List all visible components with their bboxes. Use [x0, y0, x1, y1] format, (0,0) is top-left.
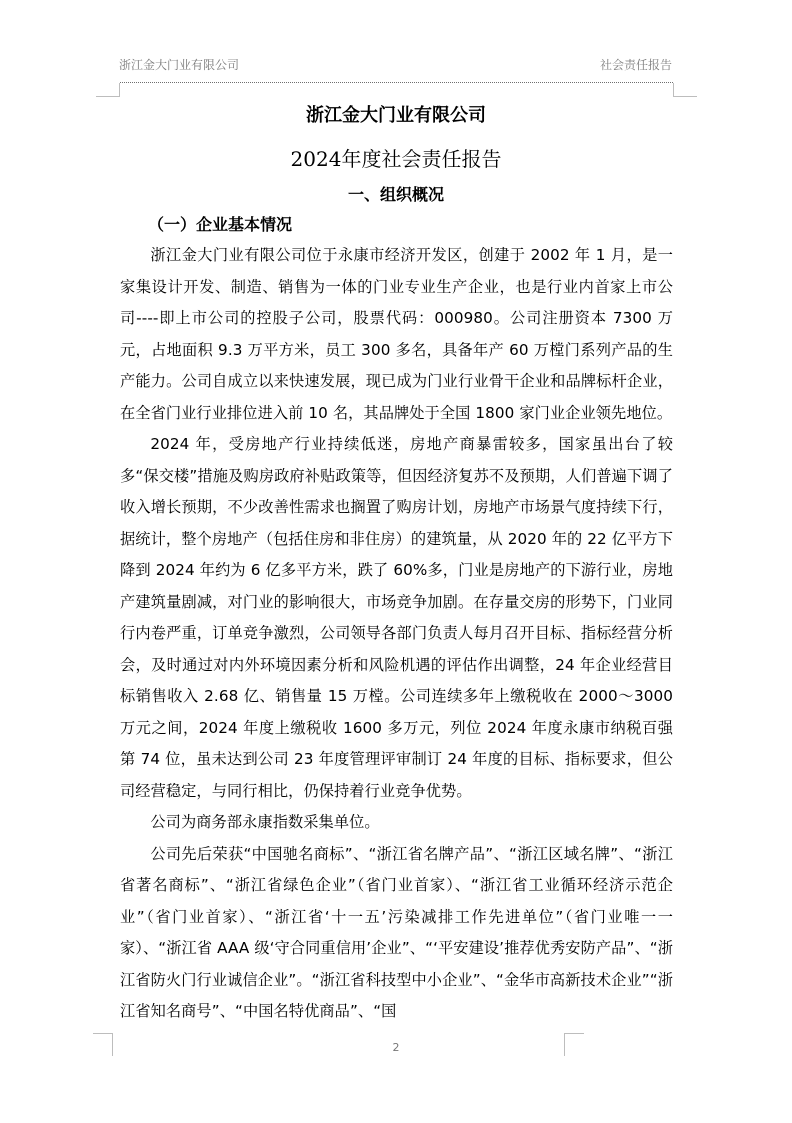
- corner-mark-top-left-h: [96, 96, 120, 97]
- subsection-heading: （一）企业基本情况: [148, 214, 292, 236]
- header-divider: [120, 82, 673, 83]
- corner-mark-top-right-v: [673, 83, 674, 96]
- corner-mark-top-left-v: [119, 83, 120, 96]
- report-title: 2024年度社会责任报告: [0, 146, 792, 172]
- page-number: 2: [0, 1041, 792, 1054]
- paragraph-company-intro: 浙江金大门业有限公司位于永康市经济开发区，创建于 2002 年 1 月，是一家集…: [120, 240, 673, 429]
- corner-mark-top-right-h: [673, 96, 697, 97]
- document-page: 浙江金大门业有限公司 社会责任报告 浙江金大门业有限公司 2024年度社会责任报…: [0, 0, 792, 1123]
- corner-mark-bottom-left-h: [93, 1033, 113, 1034]
- company-title: 浙江金大门业有限公司: [0, 104, 792, 128]
- corner-mark-bottom-right-h2: [564, 1033, 584, 1034]
- body-text: 浙江金大门业有限公司位于永康市经济开发区，创建于 2002 年 1 月，是一家集…: [120, 240, 673, 1028]
- section-heading: 一、组织概况: [0, 184, 792, 206]
- header-report-type: 社会责任报告: [600, 57, 672, 73]
- header-company-name: 浙江金大门业有限公司: [119, 57, 239, 73]
- paragraph-honors: 公司先后荣获“中国驰名商标”、“浙江省名牌产品”、“浙江区域名牌”、“浙江省著名…: [120, 839, 673, 1028]
- paragraph-market-2024: 2024 年，受房地产行业持续低迷，房地产商暴雷较多，国家虽出台了较多“保交楼”…: [120, 429, 673, 807]
- paragraph-index-unit: 公司为商务部永康指数采集单位。: [120, 807, 673, 839]
